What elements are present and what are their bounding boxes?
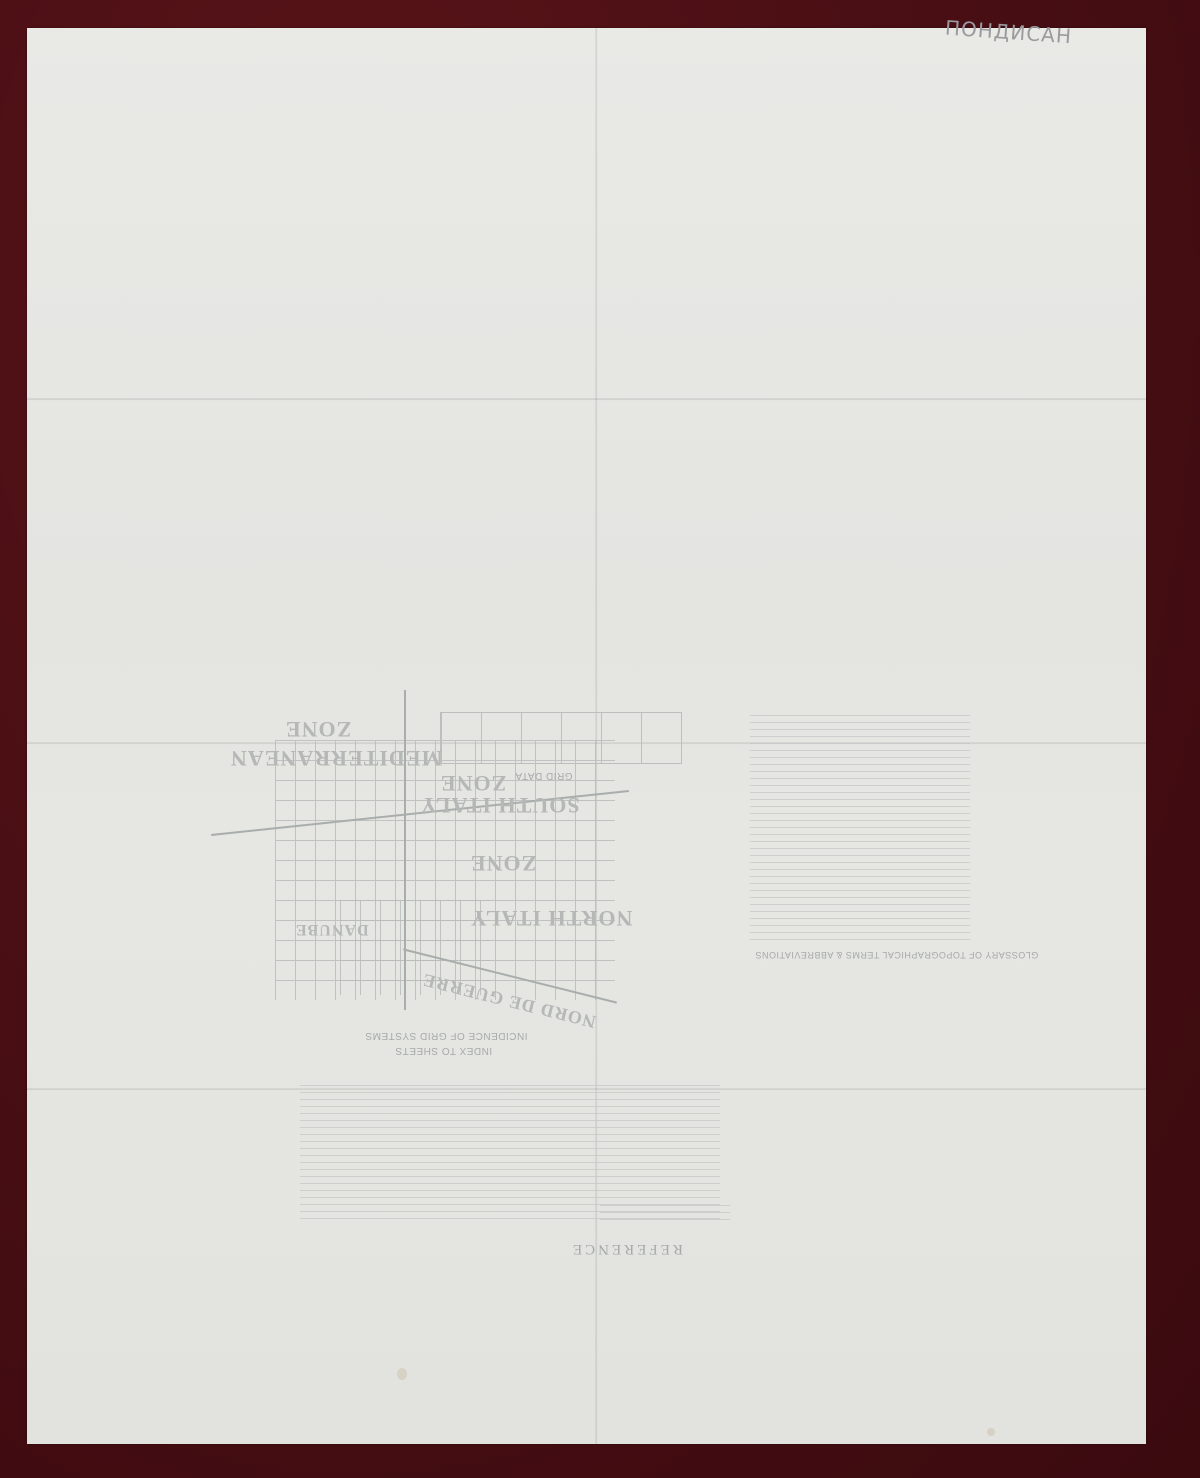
zone-label: MEDITERRANEAN xyxy=(230,745,442,771)
reference-title: REFERENCE xyxy=(570,1240,683,1257)
index-title: INDEX TO SHEETS xyxy=(395,1045,492,1056)
reference-note xyxy=(600,1205,730,1223)
zone-label: ZONE xyxy=(285,716,351,742)
reference-legend-text xyxy=(300,1085,720,1220)
glossary-title: GLOSSARY OF TOPOGRAPHICAL TERMS & ABBREV… xyxy=(755,950,1038,960)
index-subtitle: INCIDENCE OF GRID SYSTEMS xyxy=(365,1030,528,1041)
zone-label: SOUTH ITALY xyxy=(420,792,580,818)
grid-data-label: GRID DATA xyxy=(515,770,572,781)
horizontal-fold-1 xyxy=(27,398,1146,401)
grid-data-table xyxy=(440,712,682,764)
zone-label: NORTH ITALY xyxy=(470,905,632,931)
zone-label: DANUBE xyxy=(295,920,369,938)
glossary-text xyxy=(750,715,970,945)
stain xyxy=(397,1368,407,1380)
zone-boundary xyxy=(404,690,406,1010)
zone-label: ZONE xyxy=(470,850,536,876)
stain xyxy=(987,1428,995,1436)
